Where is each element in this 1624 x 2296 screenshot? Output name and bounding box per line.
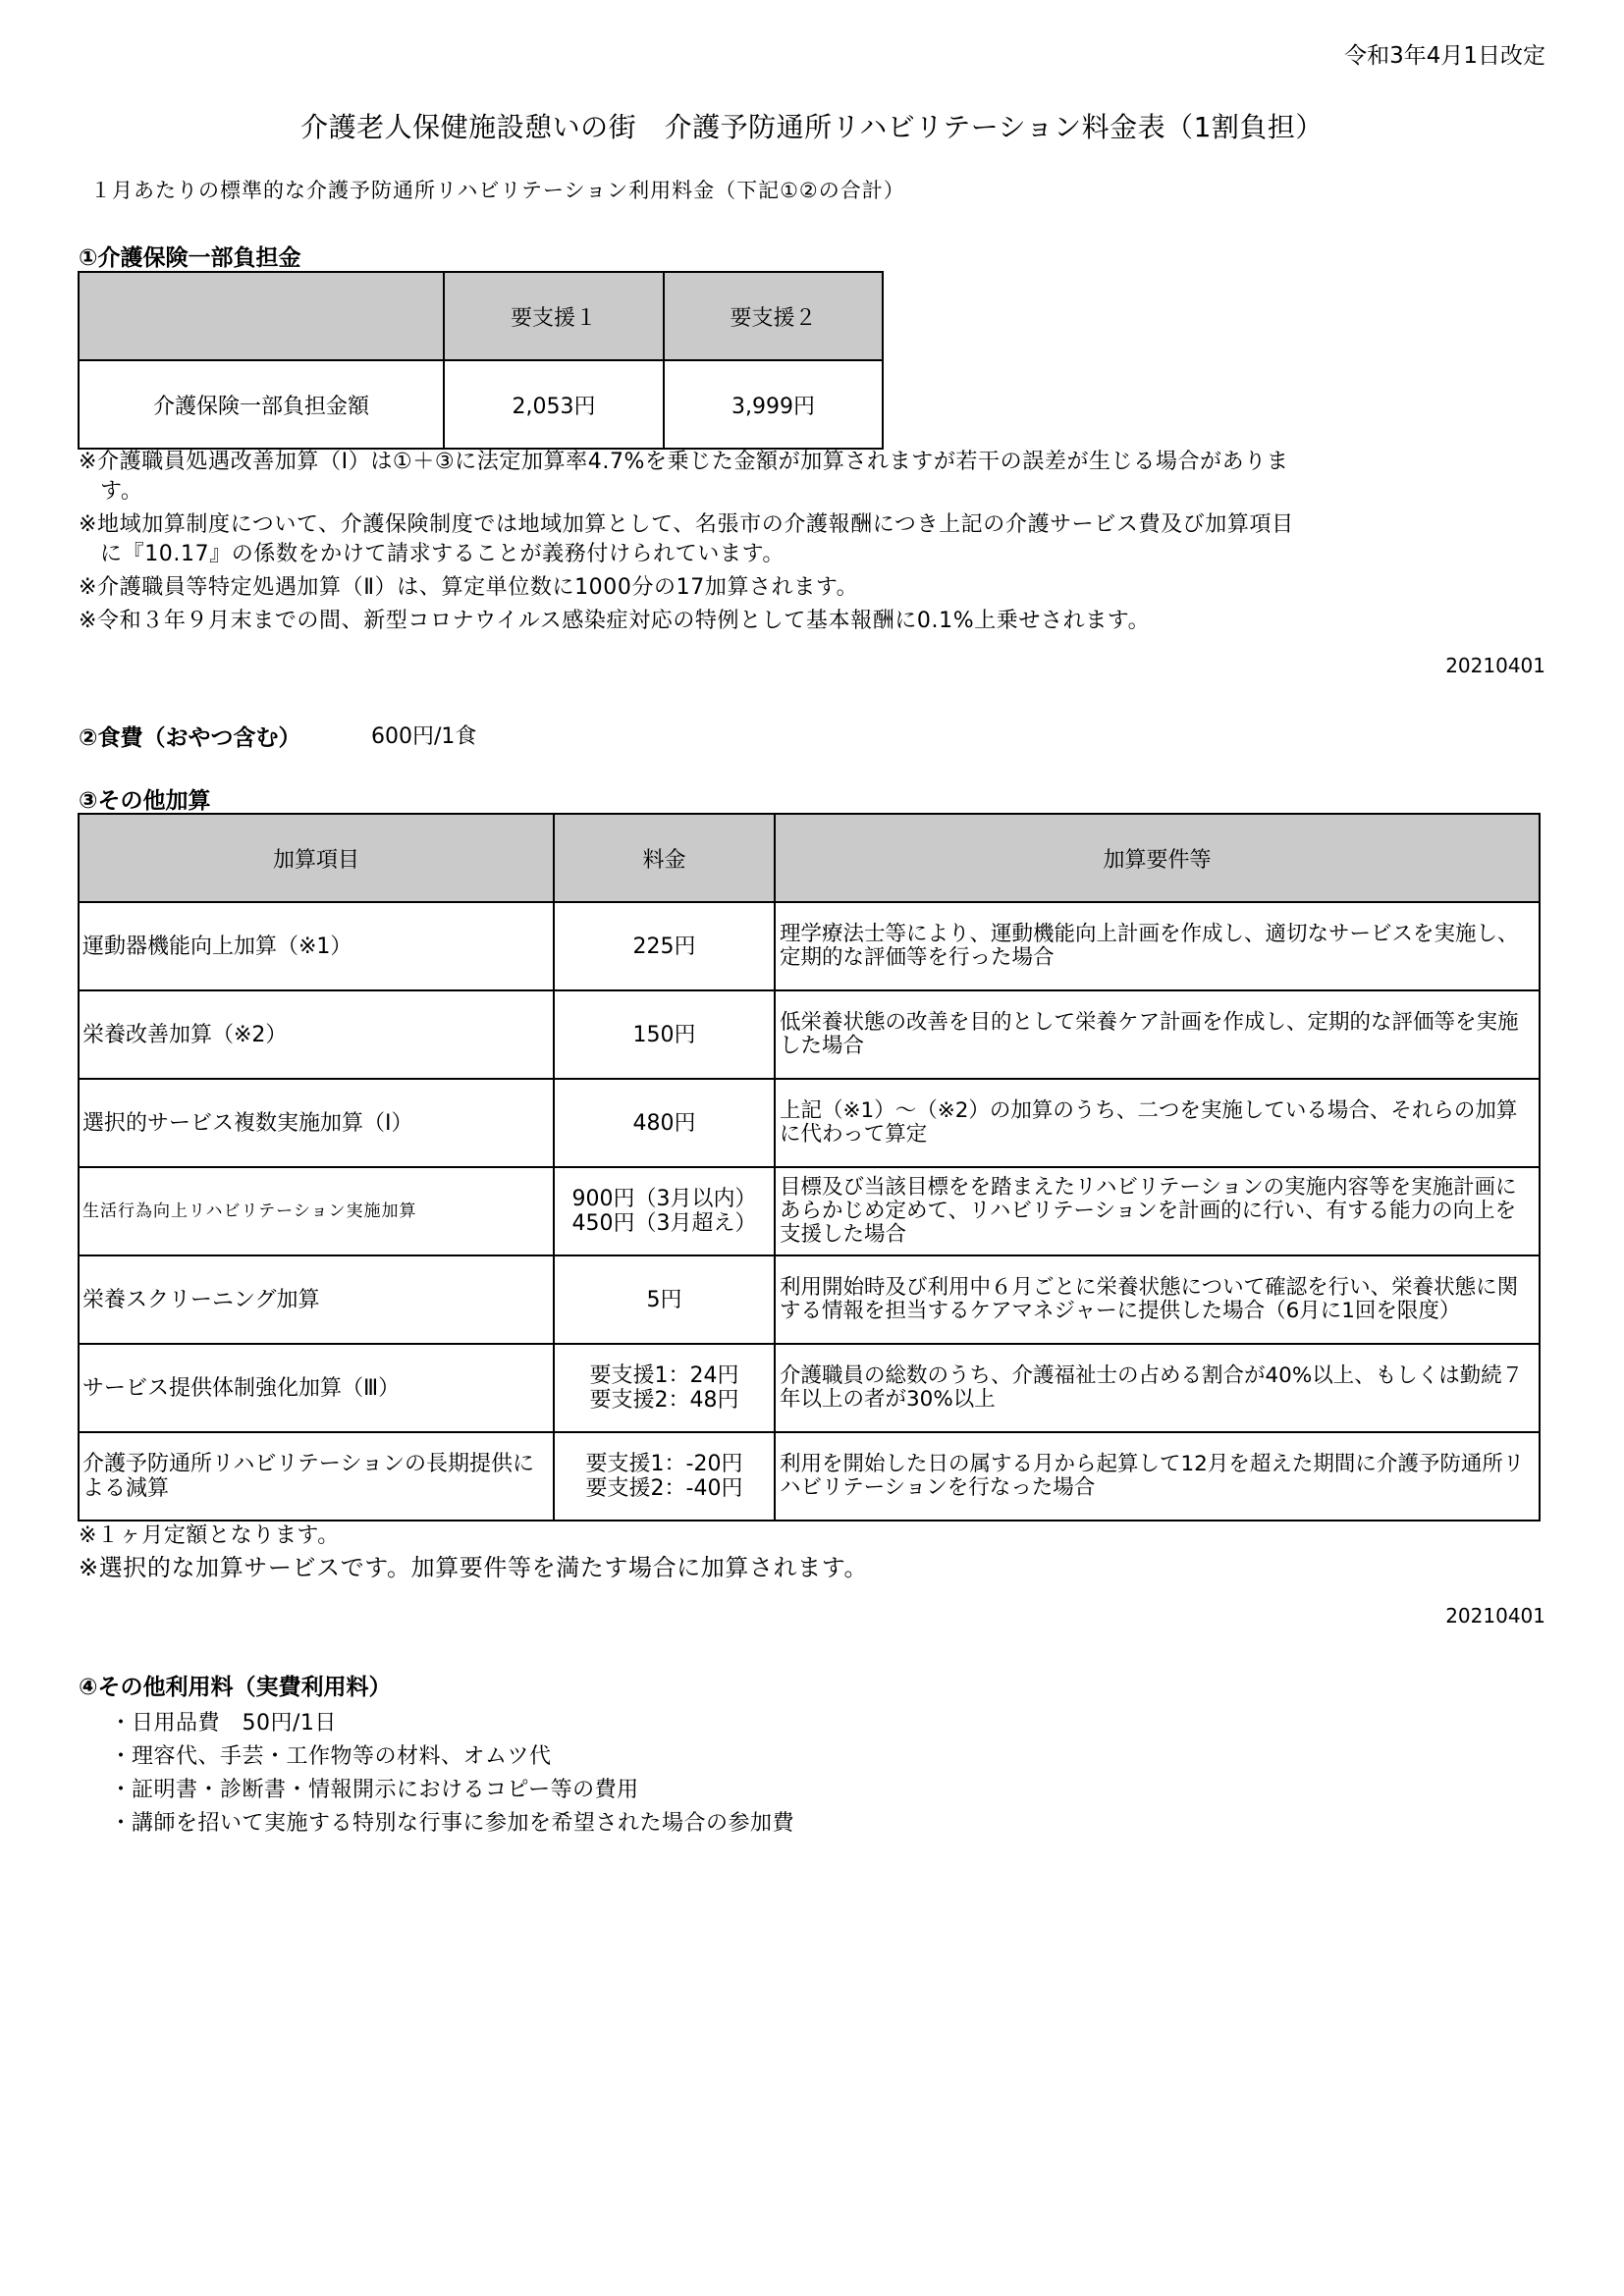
item-requirement: 目標及び当該目標をを踏まえたリハビリテーションの実施内容等を実施計画にあらかじめ… xyxy=(775,1167,1540,1255)
item-name: 栄養改善加算（※2） xyxy=(79,990,554,1079)
note: ※１ヶ月定額となります。 xyxy=(79,1522,340,1551)
bullet-icon: ・ xyxy=(110,1806,132,1837)
meal-fee-value: 600円/1食 xyxy=(371,720,476,750)
item-fee: 225円 xyxy=(554,902,775,990)
item-fee: 150円 xyxy=(554,990,775,1079)
list-item: ・講師を招いて実施する特別な行事に参加を希望された場合の参加費 xyxy=(110,1806,794,1837)
item-name: サービス提供体制強化加算（Ⅲ） xyxy=(79,1344,554,1432)
column-header-support1: 要支援１ xyxy=(444,272,664,360)
table-row: 介護予防通所リハビリテーションの長期提供による減算 要支援1：-20円 要支援2… xyxy=(79,1432,1540,1521)
page-title: 介護老人保健施設憩いの街 介護予防通所リハビリテーション料金表（1割負担） xyxy=(0,106,1624,145)
revision-date: 令和3年4月1日改定 xyxy=(1344,37,1545,70)
row-label: 介護保険一部負担金額 xyxy=(79,360,444,449)
item-fee: 要支援1：24円 要支援2：48円 xyxy=(554,1344,775,1432)
column-header-fee: 料金 xyxy=(554,814,775,902)
note: ※選択的な加算サービスです。加算要件等を満たす場合に加算されます。 xyxy=(79,1553,868,1582)
note: ※介護職員処遇改善加算（Ⅰ）は①＋③に法定加算率4.7%を乗じた金額が加算されま… xyxy=(79,448,1288,477)
section4-heading: ④その他利用料（実費利用料） xyxy=(79,1669,391,1701)
item-requirement: 利用を開始した日の属する月から起算して12月を超えた期間に介護予防通所リハビリテ… xyxy=(775,1432,1540,1521)
list-item: ・日用品費 50円/1日 xyxy=(110,1706,337,1736)
table-row: 運動器機能向上加算（※1） 225円 理学療法士等により、運動機能向上計画を作成… xyxy=(79,902,1540,990)
section3-heading: ③その他加算 xyxy=(79,782,210,815)
table-header-row: 要支援１ 要支援２ xyxy=(79,272,883,360)
date-stamp: 20210401 xyxy=(1445,654,1545,677)
item-name: 栄養スクリーニング加算 xyxy=(79,1255,554,1344)
note: す。 xyxy=(79,477,142,507)
item-name: 介護予防通所リハビリテーションの長期提供による減算 xyxy=(79,1432,554,1521)
column-header xyxy=(79,272,444,360)
item-fee: 480円 xyxy=(554,1079,775,1167)
bullet-icon: ・ xyxy=(110,1706,132,1736)
item-fee: 要支援1：-20円 要支援2：-40円 xyxy=(554,1432,775,1521)
item-name: 運動器機能向上加算（※1） xyxy=(79,902,554,990)
item-name: 選択的サービス複数実施加算（Ⅰ） xyxy=(79,1079,554,1167)
table-row: 介護保険一部負担金額 2,053円 3,999円 xyxy=(79,360,883,449)
column-header-support2: 要支援２ xyxy=(664,272,883,360)
section1-heading: ①介護保険一部負担金 xyxy=(79,240,300,272)
note: ※地域加算制度について、介護保険制度では地域加算として、名張市の介護報酬につき上… xyxy=(79,510,1294,540)
date-stamp: 20210401 xyxy=(1445,1604,1545,1628)
item-fee: 900円（3月以内） 450円（3月超え） xyxy=(554,1167,775,1255)
additional-fees-table: 加算項目 料金 加算要件等 運動器機能向上加算（※1） 225円 理学療法士等に… xyxy=(78,813,1541,1522)
column-header-requirement: 加算要件等 xyxy=(775,814,1540,902)
bullet-icon: ・ xyxy=(110,1773,132,1803)
note: ※令和３年９月末までの間、新型コロナウイルス感染症対応の特例として基本報酬に0.… xyxy=(79,607,1150,636)
table-row: サービス提供体制強化加算（Ⅲ） 要支援1：24円 要支援2：48円 介護職員の総… xyxy=(79,1344,1540,1432)
item-requirement: 介護職員の総数のうち、介護福祉士の占める割合が40%以上、もしくは勤続７年以上の… xyxy=(775,1344,1540,1432)
table-row: 栄養スクリーニング加算 5円 利用開始時及び利用中６月ごとに栄養状態について確認… xyxy=(79,1255,1540,1344)
table-row: 栄養改善加算（※2） 150円 低栄養状態の改善を目的として栄養ケア計画を作成し… xyxy=(79,990,1540,1079)
list-item: ・理容代、手芸・工作物等の材料、オムツ代 xyxy=(110,1739,552,1770)
column-header-item: 加算項目 xyxy=(79,814,554,902)
item-requirement: 利用開始時及び利用中６月ごとに栄養状態について確認を行い、栄養状態に関する情報を… xyxy=(775,1255,1540,1344)
page-subtitle: １月あたりの標準的な介護予防通所リハビリテーション利用料金（下記①②の合計） xyxy=(90,175,905,204)
cell-value: 2,053円 xyxy=(444,360,664,449)
note: に『10.17』の係数をかけて請求することが義務付けられています。 xyxy=(79,540,785,569)
bullet-icon: ・ xyxy=(110,1739,132,1770)
cell-value: 3,999円 xyxy=(664,360,883,449)
table-header-row: 加算項目 料金 加算要件等 xyxy=(79,814,1540,902)
item-requirement: 上記（※1）～（※2）の加算のうち、二つを実施している場合、それらの加算に代わっ… xyxy=(775,1079,1540,1167)
insurance-copay-table: 要支援１ 要支援２ 介護保険一部負担金額 2,053円 3,999円 xyxy=(78,271,884,450)
item-requirement: 理学療法士等により、運動機能向上計画を作成し、適切なサービスを実施し、定期的な評… xyxy=(775,902,1540,990)
list-item: ・証明書・診断書・情報開示におけるコピー等の費用 xyxy=(110,1773,639,1803)
section2-heading: ②食費（おやつ含む） xyxy=(79,720,300,752)
item-name: 生活行為向上リハビリテーション実施加算 xyxy=(79,1167,554,1255)
item-fee: 5円 xyxy=(554,1255,775,1344)
note: ※介護職員等特定処遇加算（Ⅱ）は、算定単位数に1000分の17加算されます。 xyxy=(79,573,858,603)
table-row: 生活行為向上リハビリテーション実施加算 900円（3月以内） 450円（3月超え… xyxy=(79,1167,1540,1255)
item-requirement: 低栄養状態の改善を目的として栄養ケア計画を作成し、定期的な評価等を実施した場合 xyxy=(775,990,1540,1079)
table-row: 選択的サービス複数実施加算（Ⅰ） 480円 上記（※1）～（※2）の加算のうち、… xyxy=(79,1079,1540,1167)
